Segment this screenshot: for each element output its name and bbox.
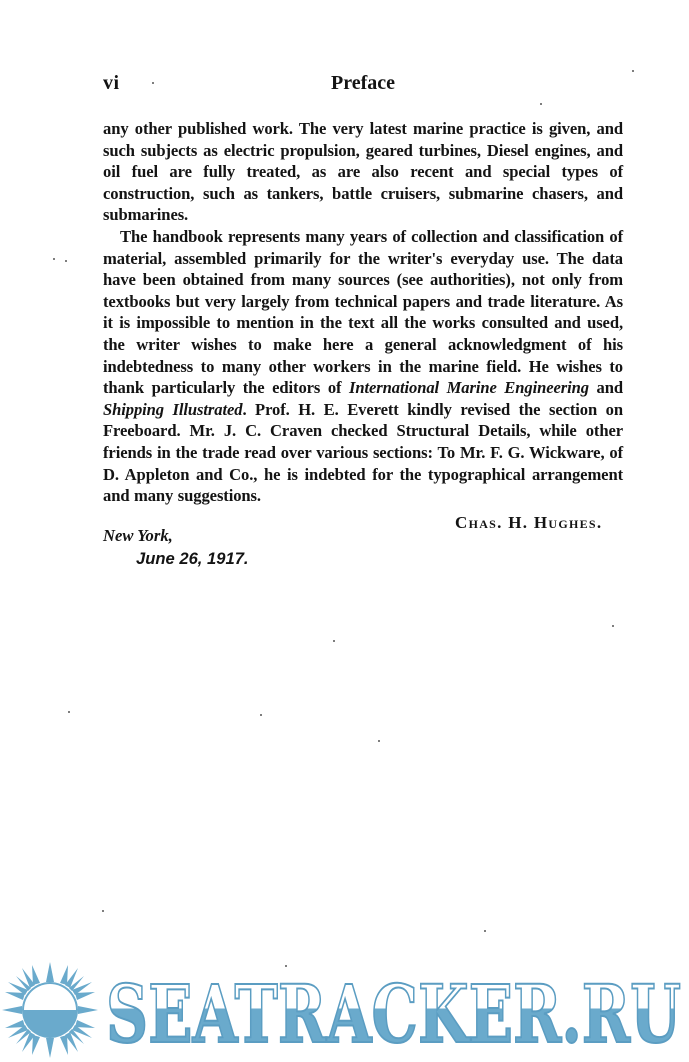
page-title: Preface <box>103 72 623 95</box>
paragraph-continued: any other published work. The very lates… <box>103 118 623 226</box>
watermark: SEATRACKER.RU <box>0 960 689 1062</box>
publication-title: International Marine Engineering <box>349 378 589 397</box>
running-head: vi Preface <box>103 72 623 98</box>
scan-speck <box>53 258 55 260</box>
watermark-logo-text: SEATRACKER.RU <box>106 978 681 1048</box>
publication-title: Shipping Illustrated <box>103 400 242 419</box>
scan-speck <box>632 70 634 72</box>
paragraph-acknowledgments: The handbook represents many years of co… <box>103 226 623 507</box>
scan-speck <box>378 740 380 742</box>
body-text: any other published work. The very lates… <box>103 118 623 507</box>
scan-speck <box>260 714 262 716</box>
watermark-text: SEATRACKER.RU <box>106 978 681 1048</box>
dateline-date: June 26, 1917. <box>136 549 249 569</box>
scan-speck <box>102 910 104 912</box>
scan-speck <box>540 103 542 105</box>
scan-speck <box>333 640 335 642</box>
scan-speck <box>68 711 70 713</box>
book-page: vi Preface any other published work. The… <box>0 0 689 1062</box>
paragraph-text: and <box>589 378 623 397</box>
scan-speck <box>612 625 614 627</box>
sun-over-sea-icon <box>0 960 100 1060</box>
scan-speck <box>484 930 486 932</box>
paragraph-text: The handbook represents many years of co… <box>103 227 623 397</box>
author-signature: Chas. H. Hughes. <box>455 513 602 533</box>
scan-speck <box>152 82 154 84</box>
dateline-place: New York, <box>103 526 173 546</box>
scan-speck <box>65 260 67 262</box>
